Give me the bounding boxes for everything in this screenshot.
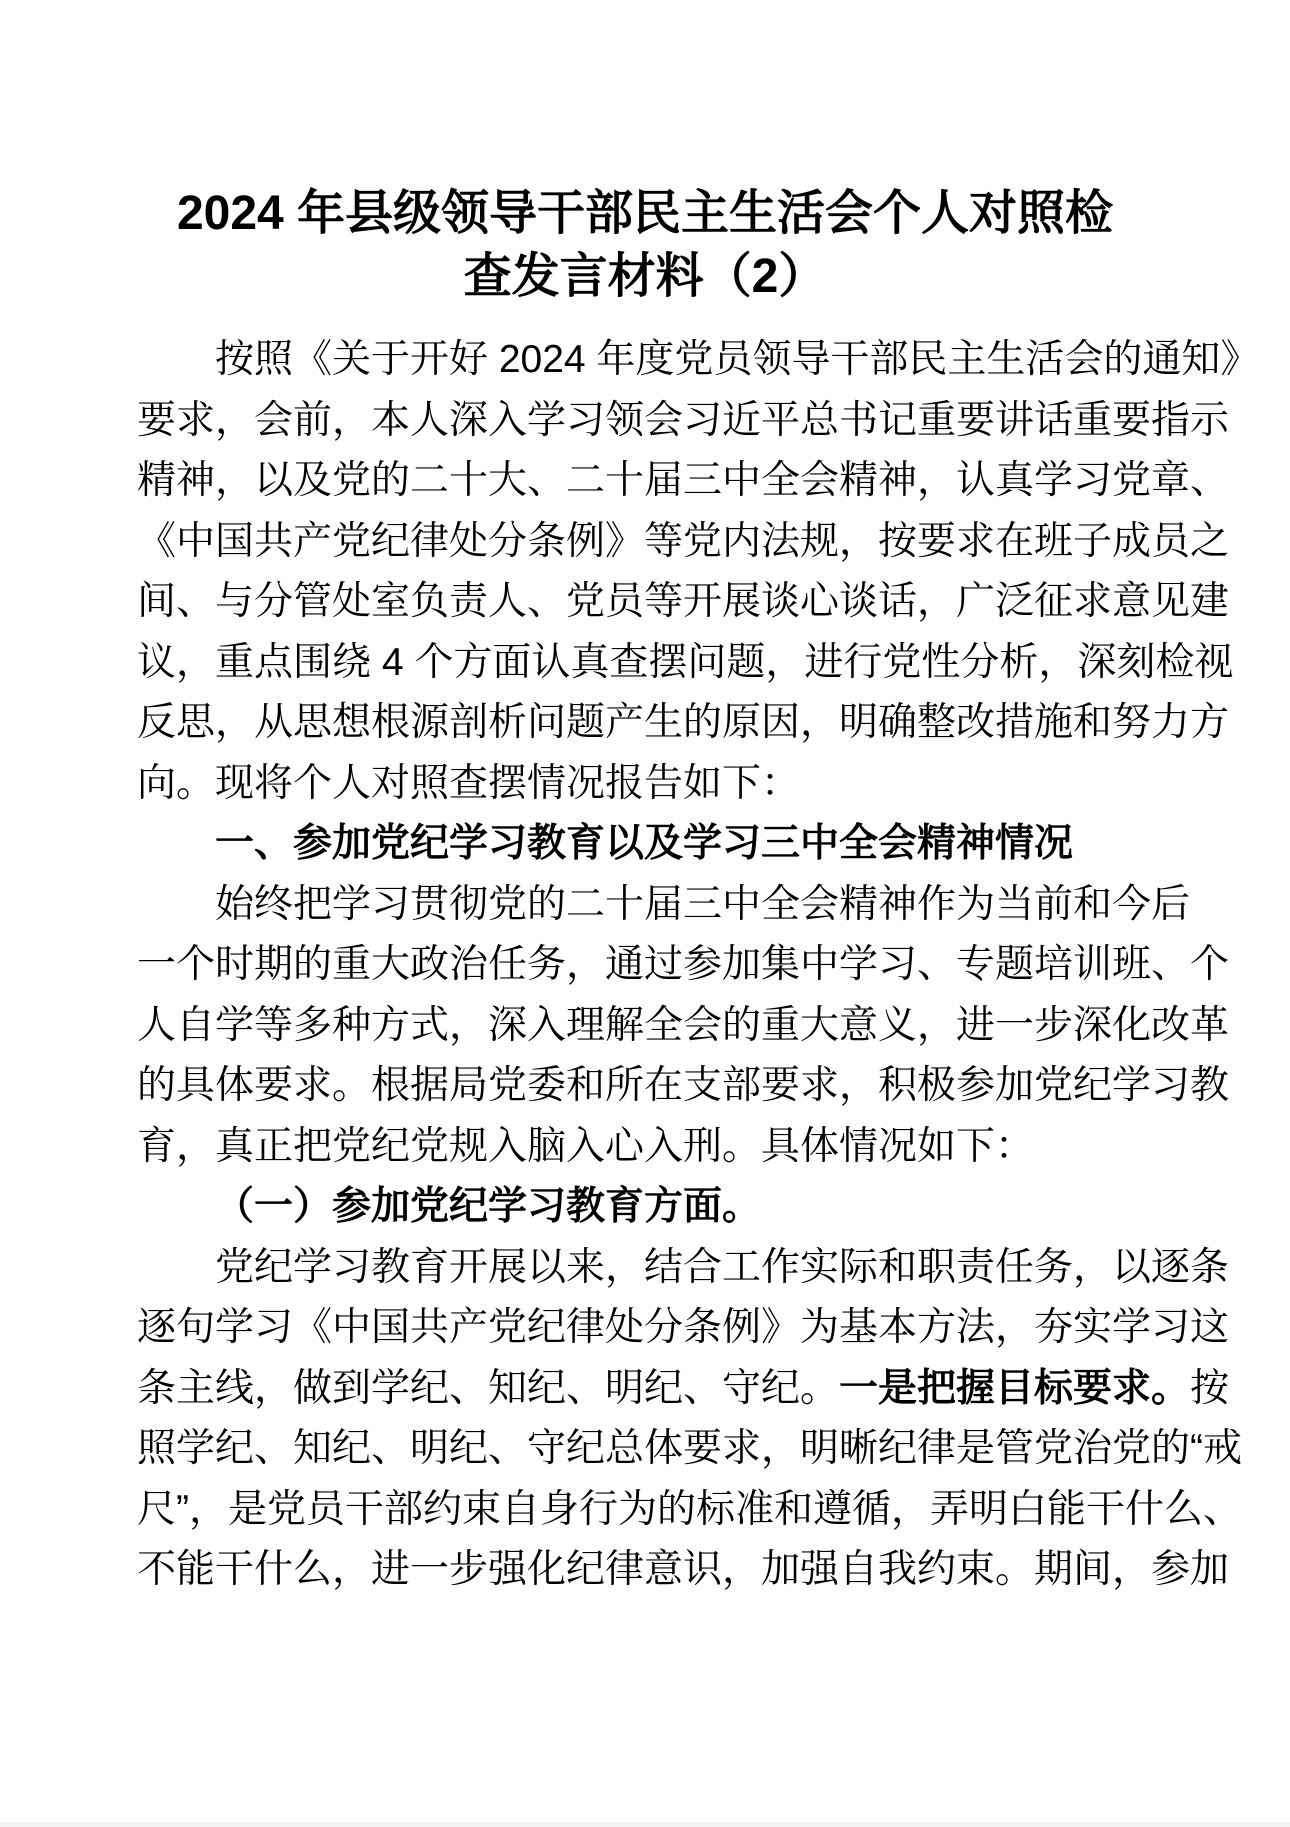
text-segment: 条主线，做到学纪、知纪、明纪、守纪。: [137, 1367, 839, 1410]
text-line: 人自学等多种方式，深入理解全会的重大意义，进一步深化改革: [137, 996, 1153, 1057]
text-line: 精神，以及党的二十大、二十届三中全会精神，认真学习党章、: [137, 451, 1153, 512]
text-line: 按照《关于开好 2024 年度党员领导干部民主生活会的通知》: [137, 330, 1153, 391]
text-line: 的具体要求。根据局党委和所在支部要求，积极参加党纪学习教: [137, 1056, 1153, 1117]
text-line: 始终把学习贯彻党的二十届三中全会精神作为当前和今后: [137, 875, 1153, 936]
bold-text-segment: 一是把握目标要求。: [839, 1367, 1190, 1410]
text-line: 反思，从思想根源剖析问题产生的原因，明确整改措施和努力方: [137, 693, 1153, 754]
text-line: 逐句学习《中国共产党纪律处分条例》为基本方法，夯实学习这: [137, 1298, 1153, 1359]
document-title: 2024 年县级领导干部民主生活会个人对照检查发言材料（2）: [137, 182, 1153, 308]
page-gap-strip: [0, 1822, 1290, 1827]
document-page: 2024 年县级领导干部民主生活会个人对照检查发言材料（2） 按照《关于开好 2…: [0, 0, 1290, 1827]
text-line: 党纪学习教育开展以来，结合工作实际和职责任务，以逐条: [137, 1238, 1153, 1299]
title-line: 2024 年县级领导干部民主生活会个人对照检: [137, 182, 1153, 245]
text-line: 育，真正把党纪党规入脑入心入刑。具体情况如下：: [137, 1117, 1153, 1178]
text-segment: 按: [1190, 1367, 1229, 1410]
text-line: 间、与分管处室负责人、党员等开展谈心谈话，广泛征求意见建: [137, 572, 1153, 633]
heading-line: 一、参加党纪学习教育以及学习三中全会精神情况: [137, 814, 1153, 875]
text-line: 照学纪、知纪、明纪、守纪总体要求，明晰纪律是管党治党的“戒: [137, 1419, 1153, 1480]
title-line: 查发言材料（2）: [137, 245, 1153, 308]
heading-line: （一）参加党纪学习教育方面。: [137, 1177, 1153, 1238]
text-line: 尺”，是党员干部约束自身行为的标准和遵循，弄明白能干什么、: [137, 1480, 1153, 1541]
document-body: 按照《关于开好 2024 年度党员领导干部民主生活会的通知》要求，会前，本人深入…: [137, 330, 1153, 1601]
text-line: 不能干什么，进一步强化纪律意识，加强自我约束。期间，参加: [137, 1540, 1153, 1601]
text-line: 条主线，做到学纪、知纪、明纪、守纪。一是把握目标要求。按: [137, 1359, 1153, 1420]
text-line: 要求，会前，本人深入学习领会习近平总书记重要讲话重要指示: [137, 391, 1153, 452]
text-line: 一个时期的重大政治任务，通过参加集中学习、专题培训班、个: [137, 935, 1153, 996]
text-line: 议，重点围绕 4 个方面认真查摆问题，进行党性分析，深刻检视: [137, 633, 1153, 694]
text-line: 《中国共产党纪律处分条例》等党内法规，按要求在班子成员之: [137, 512, 1153, 573]
text-line: 向。现将个人对照查摆情况报告如下：: [137, 754, 1153, 815]
